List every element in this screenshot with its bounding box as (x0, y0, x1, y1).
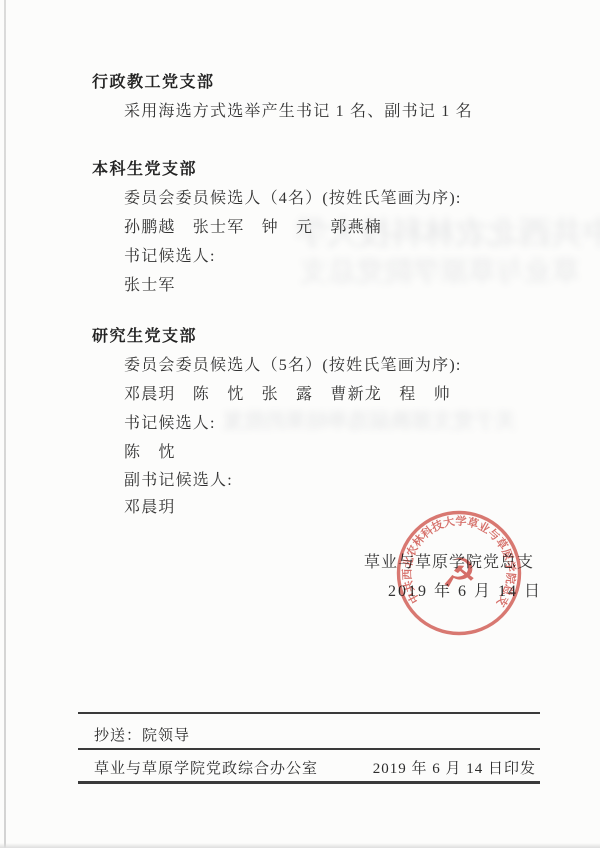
candidate-names: 邓晨玥 (124, 499, 176, 517)
candidate-names: 陈 忱 (124, 444, 176, 462)
footer-rule-bottom (78, 781, 540, 784)
footer-rule-middle (78, 748, 540, 750)
official-seal: 中共西北农林科技大学草业与草原学院总支部委员会 ☭ (389, 503, 529, 643)
page-edge-shadow-bottom (0, 843, 600, 848)
page-edge-shadow-left (4, 0, 6, 848)
section-line: 副书记候选人: (124, 472, 233, 490)
candidate-names: 张士军 (124, 277, 176, 295)
candidate-names: 孙鹏越 张士军 钟 元 郭燕楠 (124, 219, 382, 237)
showthrough-text: 草业与草原学院党总支 (300, 250, 580, 290)
section-heading-admin-staff-branch: 行政教工党支部 (92, 74, 215, 92)
showthrough-text: 关于党支部换届选举结果的批复 (222, 405, 516, 435)
section-line: 书记候选人: (124, 248, 216, 266)
section-line: 委员会委员候选人（4名）(按姓氏笔画为序): (124, 190, 462, 208)
section-heading-graduate-branch: 研究生党支部 (92, 328, 197, 346)
section-line: 采用海选方式选举产生书记 1 名、副书记 1 名 (124, 103, 473, 121)
footer-issuer: 草业与草原学院党政综合办公室 (94, 761, 318, 778)
hammer-sickle-icon: ☭ (441, 551, 477, 597)
section-line: 委员会委员候选人（5名）(按姓氏笔画为序): (124, 357, 462, 375)
document-page: 中共西北农林科技大学 草业与草原学院党总支 关于党支部换届选举结果的批复 行政教… (0, 0, 600, 848)
section-line: 书记候选人: (124, 415, 216, 433)
candidate-names: 邓晨玥 陈 忱 张 露 曹新龙 程 帅 (124, 386, 451, 404)
section-heading-undergraduate-branch: 本科生党支部 (92, 161, 197, 179)
footer-copy-line: 抄送：院领导 (94, 728, 190, 745)
footer-print-date: 2019 年 6 月 14 日印发 (330, 761, 536, 778)
footer-rule-top (78, 712, 540, 714)
